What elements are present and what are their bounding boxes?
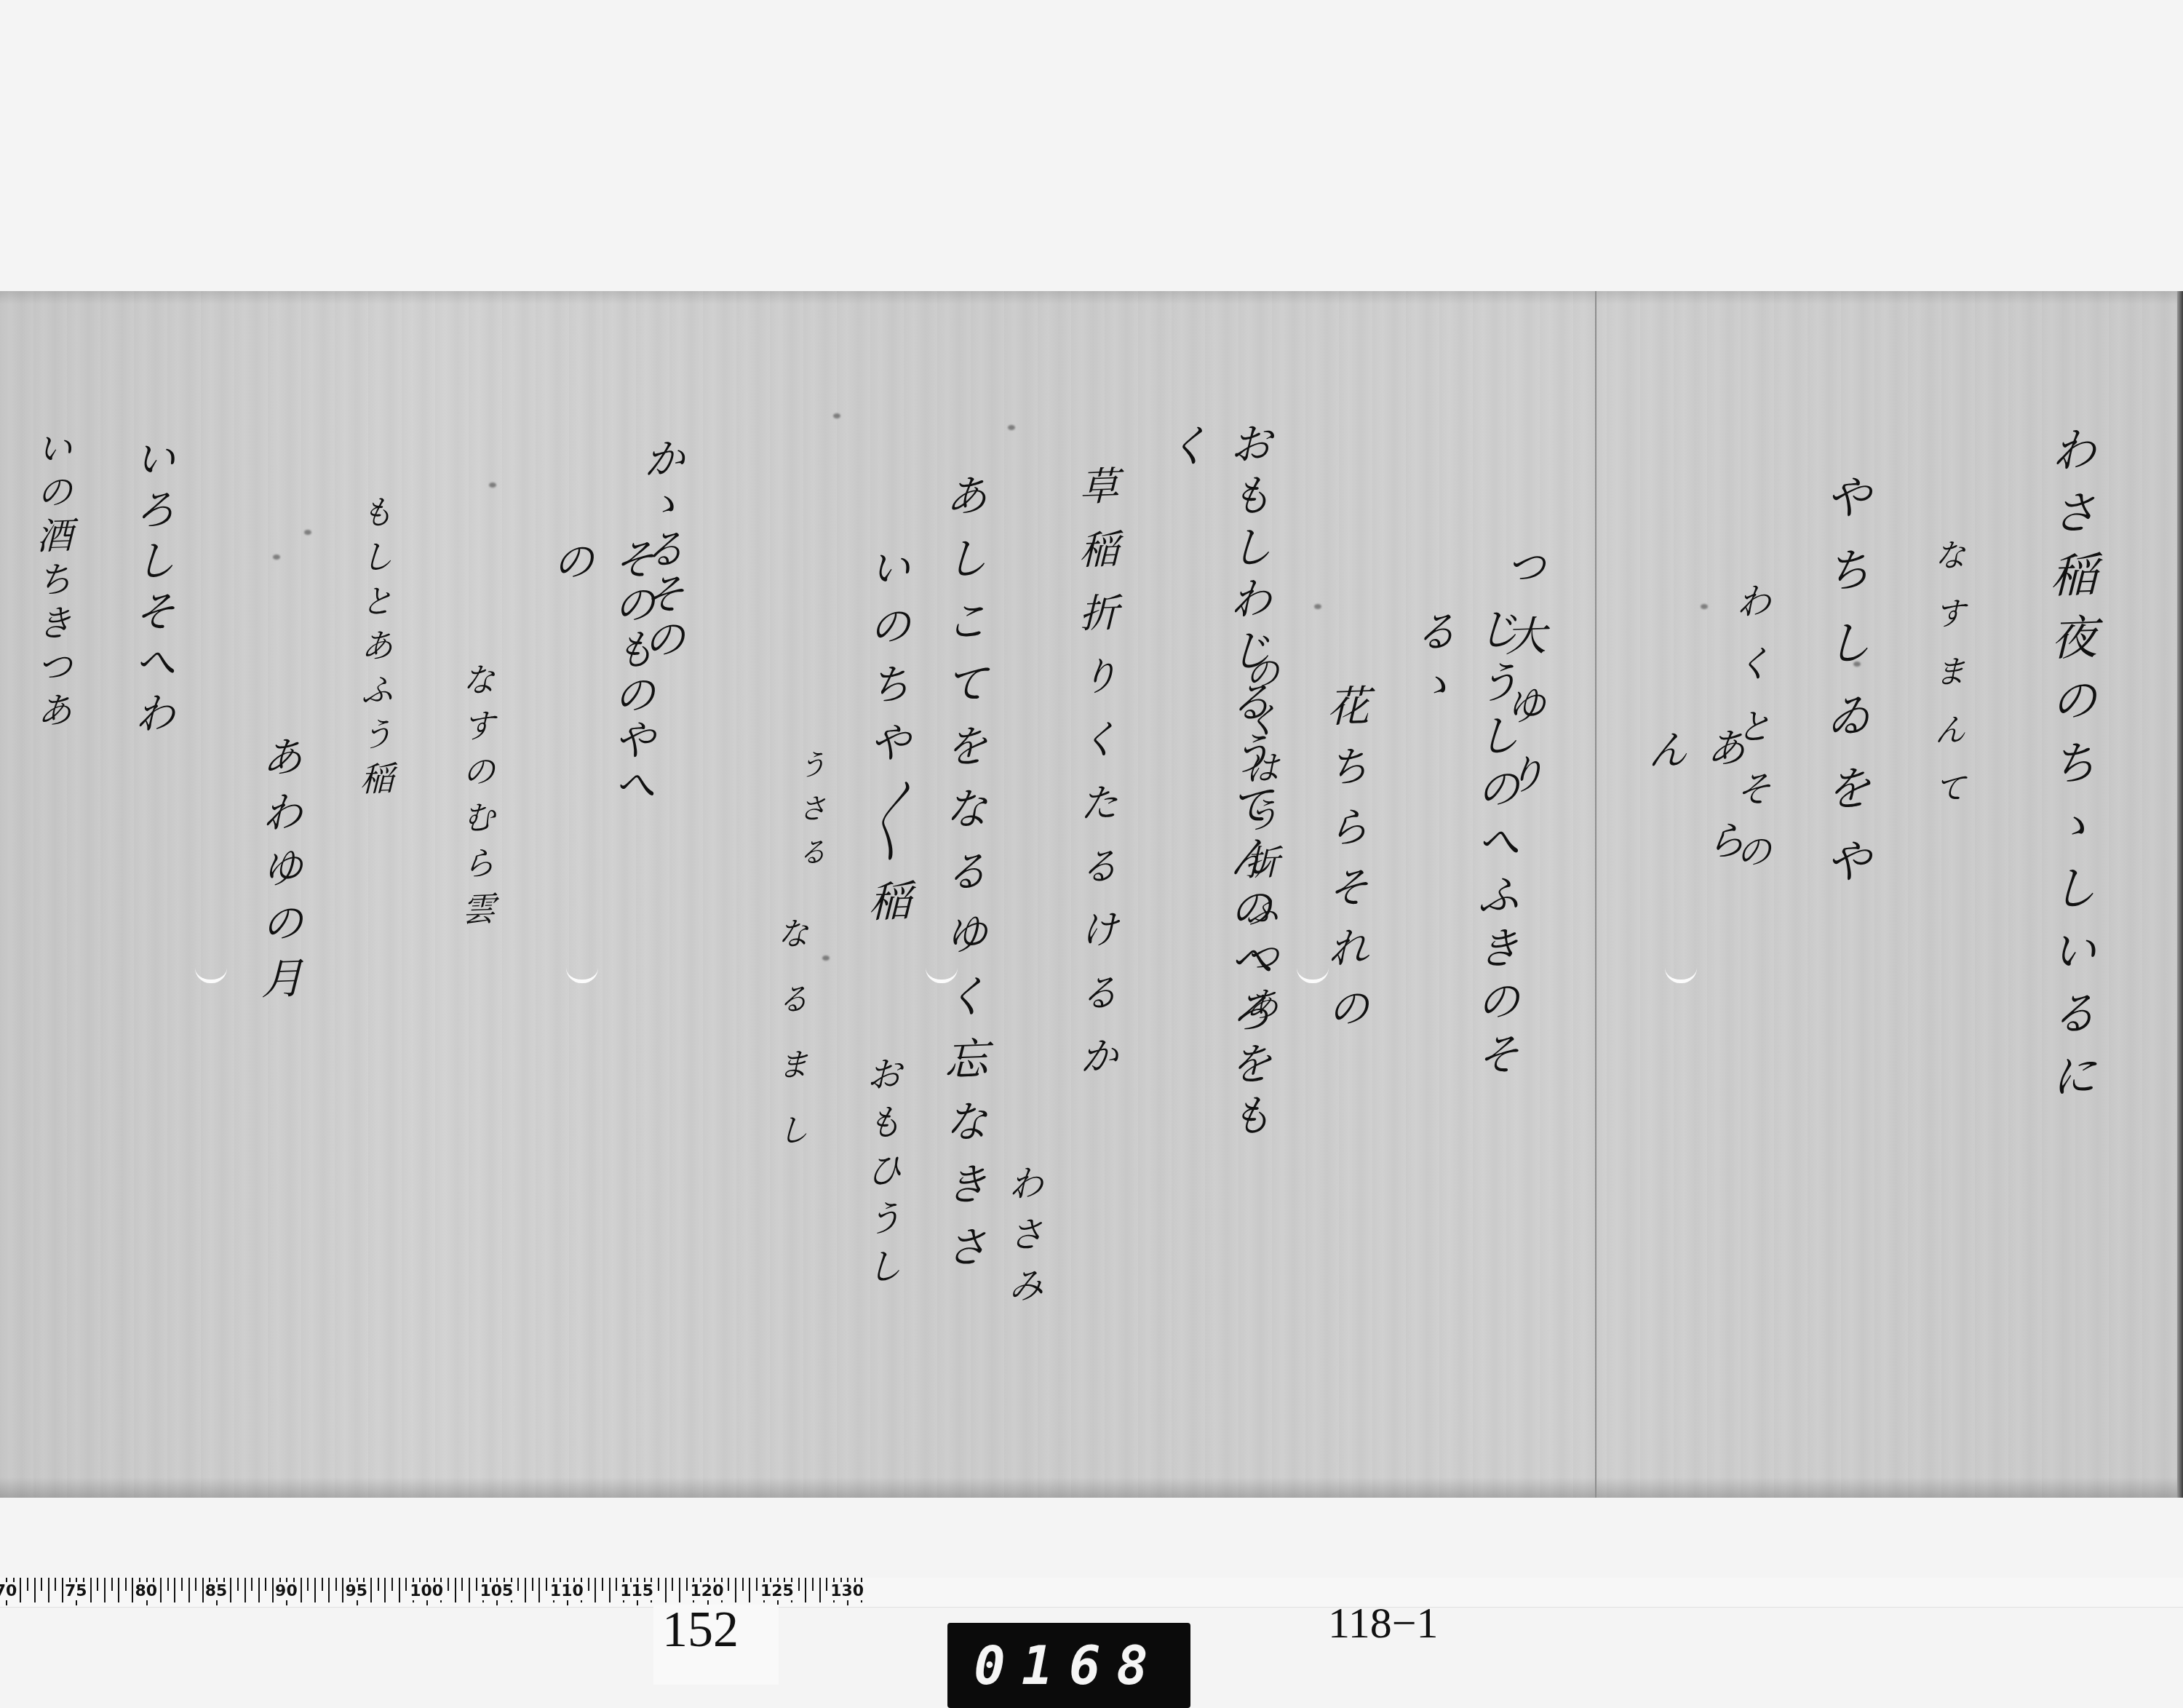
calligraphy-column: 花ちらそれの xyxy=(1314,683,1375,1049)
calligraphy-column: じうしのへふきのそるゝ xyxy=(1401,605,1526,1192)
ruler-tick xyxy=(384,1578,386,1602)
scroll-right-edge xyxy=(2177,291,2183,1498)
ruler-tick xyxy=(805,1578,806,1602)
ruler-label: 115 xyxy=(620,1582,653,1600)
ruler-tick xyxy=(749,1578,750,1602)
ruler-tick xyxy=(181,1578,183,1591)
ruler-tick xyxy=(378,1578,379,1591)
ruler-tick xyxy=(307,1578,309,1591)
ruler-tick xyxy=(125,1578,127,1591)
calligraphy-column: なすまんて xyxy=(1923,538,1970,830)
ruler-tick xyxy=(448,1578,449,1591)
ruler-label: 75 xyxy=(65,1582,87,1600)
ruler-tick xyxy=(314,1578,316,1602)
ruler-tick xyxy=(728,1578,729,1591)
ruler-tick xyxy=(244,1578,246,1602)
ruler-tick xyxy=(272,1578,274,1602)
ruler-tick xyxy=(679,1578,680,1602)
ruler-label: 130 xyxy=(830,1582,864,1600)
ruler-tick xyxy=(118,1578,119,1602)
ruler-label: 125 xyxy=(760,1582,794,1600)
ruler-tick xyxy=(335,1578,337,1591)
paper-seam xyxy=(1595,291,1597,1498)
ruler-tick xyxy=(391,1578,393,1591)
calligraphy-column: うさる xyxy=(790,749,831,881)
ruler-tick xyxy=(756,1578,758,1591)
ruler-tick xyxy=(517,1578,519,1591)
ruler-tick xyxy=(48,1578,49,1602)
calligraphy-column: あわゆの月 xyxy=(248,734,309,1013)
calligraphy-column: いろしそへわ xyxy=(121,436,182,744)
ruler-tick xyxy=(111,1578,113,1591)
sheet-number: 152 xyxy=(662,1605,739,1656)
ruler-label: 110 xyxy=(550,1582,584,1600)
ruler-tick xyxy=(41,1578,42,1591)
ruler-label: 85 xyxy=(205,1582,228,1600)
calligraphy-column: いの酒ちきつあ xyxy=(25,429,78,736)
ruler-tick xyxy=(812,1578,814,1591)
ruler-tick xyxy=(90,1578,92,1602)
ruler-tick xyxy=(686,1578,688,1591)
ruler-tick xyxy=(532,1578,533,1591)
ruler-label: 100 xyxy=(410,1582,443,1600)
frame-counter-box: 0168 xyxy=(947,1623,1190,1708)
ruler-tick xyxy=(370,1578,372,1602)
calligraphy-column: あらん xyxy=(1635,726,1751,1006)
ruler-tick xyxy=(174,1578,175,1602)
ruler-label: 95 xyxy=(345,1582,367,1600)
ruler-tick xyxy=(616,1578,617,1591)
ruler-tick xyxy=(546,1578,547,1591)
ruler-tick xyxy=(104,1578,106,1602)
calligraphy-column: あしこてをなるゆく忘なきさ xyxy=(931,472,994,1289)
ruler-tick xyxy=(237,1578,239,1591)
ruler-tick xyxy=(55,1578,56,1591)
ruler-tick xyxy=(742,1578,744,1591)
ruler-tick xyxy=(798,1578,800,1591)
ruler-label: 90 xyxy=(275,1582,298,1600)
ruler-tick xyxy=(595,1578,596,1602)
measurement-ruler: 707580859095100105110115120125130 xyxy=(0,1578,2183,1608)
calligraphy-column: なすのむら雲 xyxy=(453,662,501,940)
calligraphy-column: 草稲折りくたるけるか xyxy=(1068,465,1124,1100)
ruler-tick xyxy=(588,1578,589,1591)
ruler-tick xyxy=(202,1578,204,1602)
ruler-tick xyxy=(609,1578,611,1602)
ruler-tick xyxy=(258,1578,260,1602)
ruler-tick xyxy=(27,1578,28,1591)
ruler-tick xyxy=(188,1578,190,1602)
ruler-label: 120 xyxy=(691,1582,724,1600)
ruler-tick xyxy=(525,1578,526,1602)
ruler-tick xyxy=(160,1578,162,1602)
calligraphy-column: わさ稲夜のちゝしいるに xyxy=(2036,424,2103,1118)
ruler-tick xyxy=(132,1578,133,1602)
ruler-tick xyxy=(97,1578,98,1591)
ruler-label: 80 xyxy=(135,1582,157,1600)
ruler-tick xyxy=(301,1578,302,1602)
ruler-tick xyxy=(195,1578,196,1591)
ruler-tick xyxy=(735,1578,736,1602)
ruler-tick xyxy=(469,1578,470,1602)
ruler-tick xyxy=(665,1578,667,1602)
ruler-tick xyxy=(658,1578,659,1591)
calligraphy-column: おもひうし xyxy=(855,1054,907,1297)
ruler-tick xyxy=(265,1578,266,1591)
ruler-tick xyxy=(20,1578,21,1602)
ruler-tick xyxy=(328,1578,330,1602)
ruler-tick xyxy=(538,1578,540,1602)
catalog-number: 118−1 xyxy=(1328,1601,1439,1645)
ruler-tick xyxy=(62,1578,63,1602)
ruler-tick xyxy=(342,1578,343,1602)
ruler-tick xyxy=(476,1578,477,1591)
ruler-tick xyxy=(672,1578,673,1591)
calligraphy-column: いのちや〳〵稲 xyxy=(856,545,917,955)
ruler-label: 70 xyxy=(0,1582,17,1600)
calligraphy-column: そのものやへの xyxy=(539,536,661,846)
calligraphy-column: なるまし xyxy=(766,916,813,1180)
calligraphy-column: やちしゐをや xyxy=(1810,472,1877,910)
ruler-tick xyxy=(251,1578,253,1591)
ruler-tick xyxy=(230,1578,231,1602)
ruler-tick xyxy=(167,1578,169,1591)
ruler-tick xyxy=(322,1578,323,1591)
ruler-tick xyxy=(461,1578,463,1591)
ruler-tick xyxy=(399,1578,400,1602)
frame-counter-digits: 0168 xyxy=(974,1635,1164,1696)
calligraphy-column: わさみ xyxy=(997,1164,1049,1319)
ruler-tick xyxy=(405,1578,407,1591)
ruler-tick xyxy=(34,1578,36,1602)
ruler-tick xyxy=(455,1578,456,1602)
ruler-tick xyxy=(602,1578,603,1591)
ruler-label: 105 xyxy=(480,1582,513,1600)
ruler-tick xyxy=(826,1578,827,1591)
ruler-tick xyxy=(819,1578,821,1602)
calligraphy-column: もしとあふう稲 xyxy=(351,494,399,809)
calligraphy-column: おもしわじるうてんのへろをもく xyxy=(1153,420,1279,1196)
